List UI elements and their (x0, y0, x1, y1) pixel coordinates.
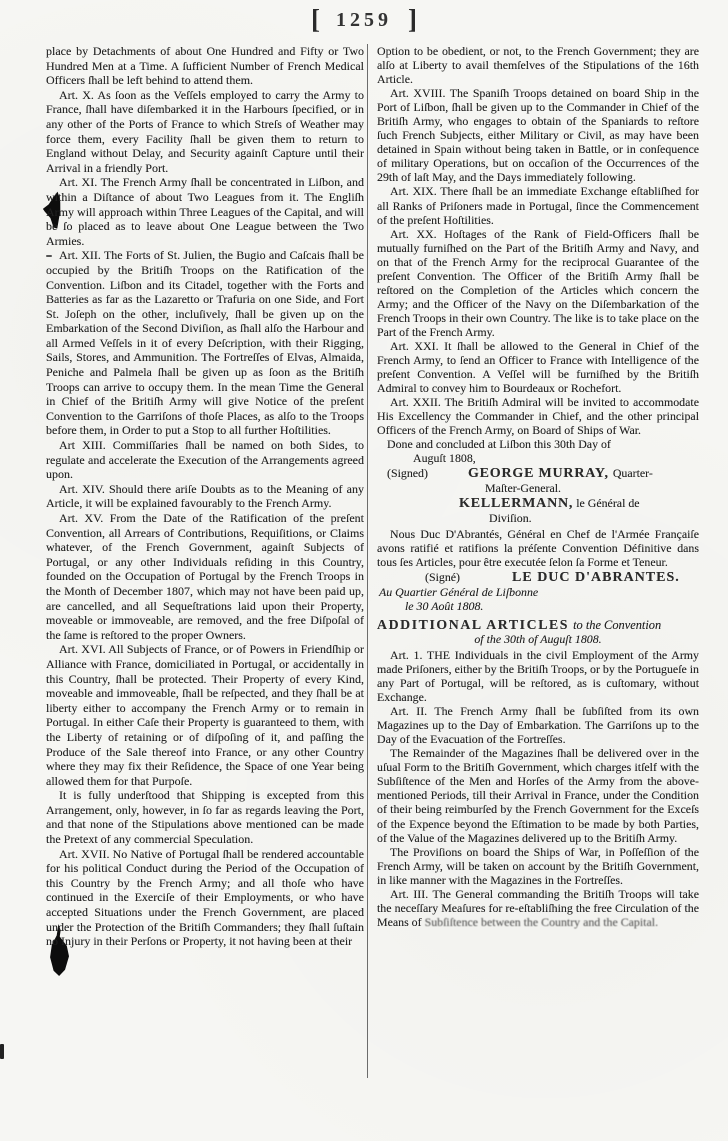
column-divider (367, 44, 368, 1078)
paragraph-article-xviii: Art. XVIII. The Spaniſh Troops detained … (377, 86, 699, 184)
paragraph-provisions: The Proviſions on board the Ships of War… (377, 845, 699, 887)
paragraph-article-xx: Art. XX. Hoſtages of the Rank of Field-O… (377, 227, 699, 339)
left-column: place by Detachments of about One Hundre… (46, 44, 364, 1078)
paragraph-continued: Option to be obedient, or not, to the Fr… (377, 44, 699, 86)
signer-title-fr: le Général de (576, 496, 639, 510)
paragraph-article-xxii: Art. XXII. The Britiſh Admiral will be i… (377, 395, 699, 437)
paragraph-additional-art-iii: Art. III. The General commanding the Bri… (377, 887, 699, 929)
text-columns: place by Detachments of about One Hundre… (46, 44, 699, 1078)
signer-title-part1: Quarter- (613, 466, 653, 480)
signature-murray: (Signed)GEORGE MURRAY,Quarter- (377, 466, 699, 481)
dateline-line2: Auguſt 1808, (377, 451, 699, 465)
page-number: [1259] (0, 4, 728, 35)
signer-title-division: Diviſion. (489, 511, 699, 525)
signed-label: (Signed) (387, 466, 428, 480)
place-line-date: le 30 Août 1808. (377, 599, 699, 613)
right-column: Option to be obedient, or not, to the Fr… (368, 44, 699, 1078)
additional-articles-heading-line2: of the 30th of Auguſt 1808. (377, 632, 699, 646)
signe-label: (Signé) (425, 570, 460, 584)
paragraph-article-xiii: Art XIII. Commiſſaries ſhall be named on… (46, 438, 364, 482)
additional-articles-heading: ADDITIONAL ARTICLESto the Convention (377, 618, 699, 632)
paragraph-article-xix: Art. XIX. There ſhall be an immediate Ex… (377, 184, 699, 226)
signature-abrantes: (Signé)LE DUC D'ABRANTES. (377, 570, 699, 585)
paragraph-ratification: Nous Duc D'Abrantés, Général en Chef de … (377, 527, 699, 569)
paragraph-article-xvii: Art. XVII. No Native of Portugal ſhall b… (46, 847, 364, 949)
signature-kellermann: KELLERMANN, le Général de (377, 496, 699, 511)
signer-title-part2: Maſter-General. (485, 481, 699, 495)
right-bracket: ] (408, 4, 417, 34)
paragraph-article-xv: Art. XV. From the Date of the Ratificati… (46, 511, 364, 642)
paragraph-article-x: Art. X. As ſoon as the Veſſels employed … (46, 88, 364, 176)
left-bracket: [ (311, 4, 320, 34)
paragraph-magazines-remainder: The Remainder of the Magazines ſhall be … (377, 746, 699, 844)
paragraph-article-xii: Art. XII. The Forts of St. Julien, the B… (46, 248, 364, 438)
heading-caps: ADDITIONAL ARTICLES (377, 617, 569, 632)
heading-italic: to the Convention (573, 618, 661, 632)
paragraph-continued: place by Detachments of about One Hundre… (46, 44, 364, 88)
art-iii-faded-line: Subſiſtence between the Country and the … (425, 915, 658, 929)
place-line-headquarters: Au Quartier Général de Liſbonne (377, 585, 699, 599)
paragraph-additional-art-i: Art. 1. THE Individuals in the civil Emp… (377, 648, 699, 704)
scanned-page: [1259] place by Detachments of about One… (0, 0, 728, 1141)
paragraph-article-xxi: Art. XXI. It ſhall be allowed to the Gen… (377, 339, 699, 395)
paragraph-additional-art-ii: Art. II. The French Army ſhall be ſubſiſ… (377, 704, 699, 746)
signer-name-abrantes: LE DUC D'ABRANTES. (512, 570, 680, 585)
dateline-line1: Done and concluded at Liſbon this 30th D… (377, 437, 699, 451)
dateline: Done and concluded at Liſbon this 30th D… (377, 437, 699, 465)
paragraph-article-xvi: Art. XVI. All Subjects of France, or of … (46, 642, 364, 788)
paragraph-shipping-note: It is fully underſtood that Shipping is … (46, 788, 364, 846)
page-edge-mark (0, 1044, 4, 1059)
signer-name-murray: GEORGE MURRAY, (468, 466, 609, 481)
page-number-value: 1259 (336, 9, 392, 31)
signer-name-kellermann: KELLERMANN, (459, 496, 573, 511)
paragraph-article-xi: Art. XI. The French Army ſhall be concen… (46, 175, 364, 248)
paragraph-article-xiv: Art. XIV. Should there ariſe Doubts as t… (46, 482, 364, 511)
